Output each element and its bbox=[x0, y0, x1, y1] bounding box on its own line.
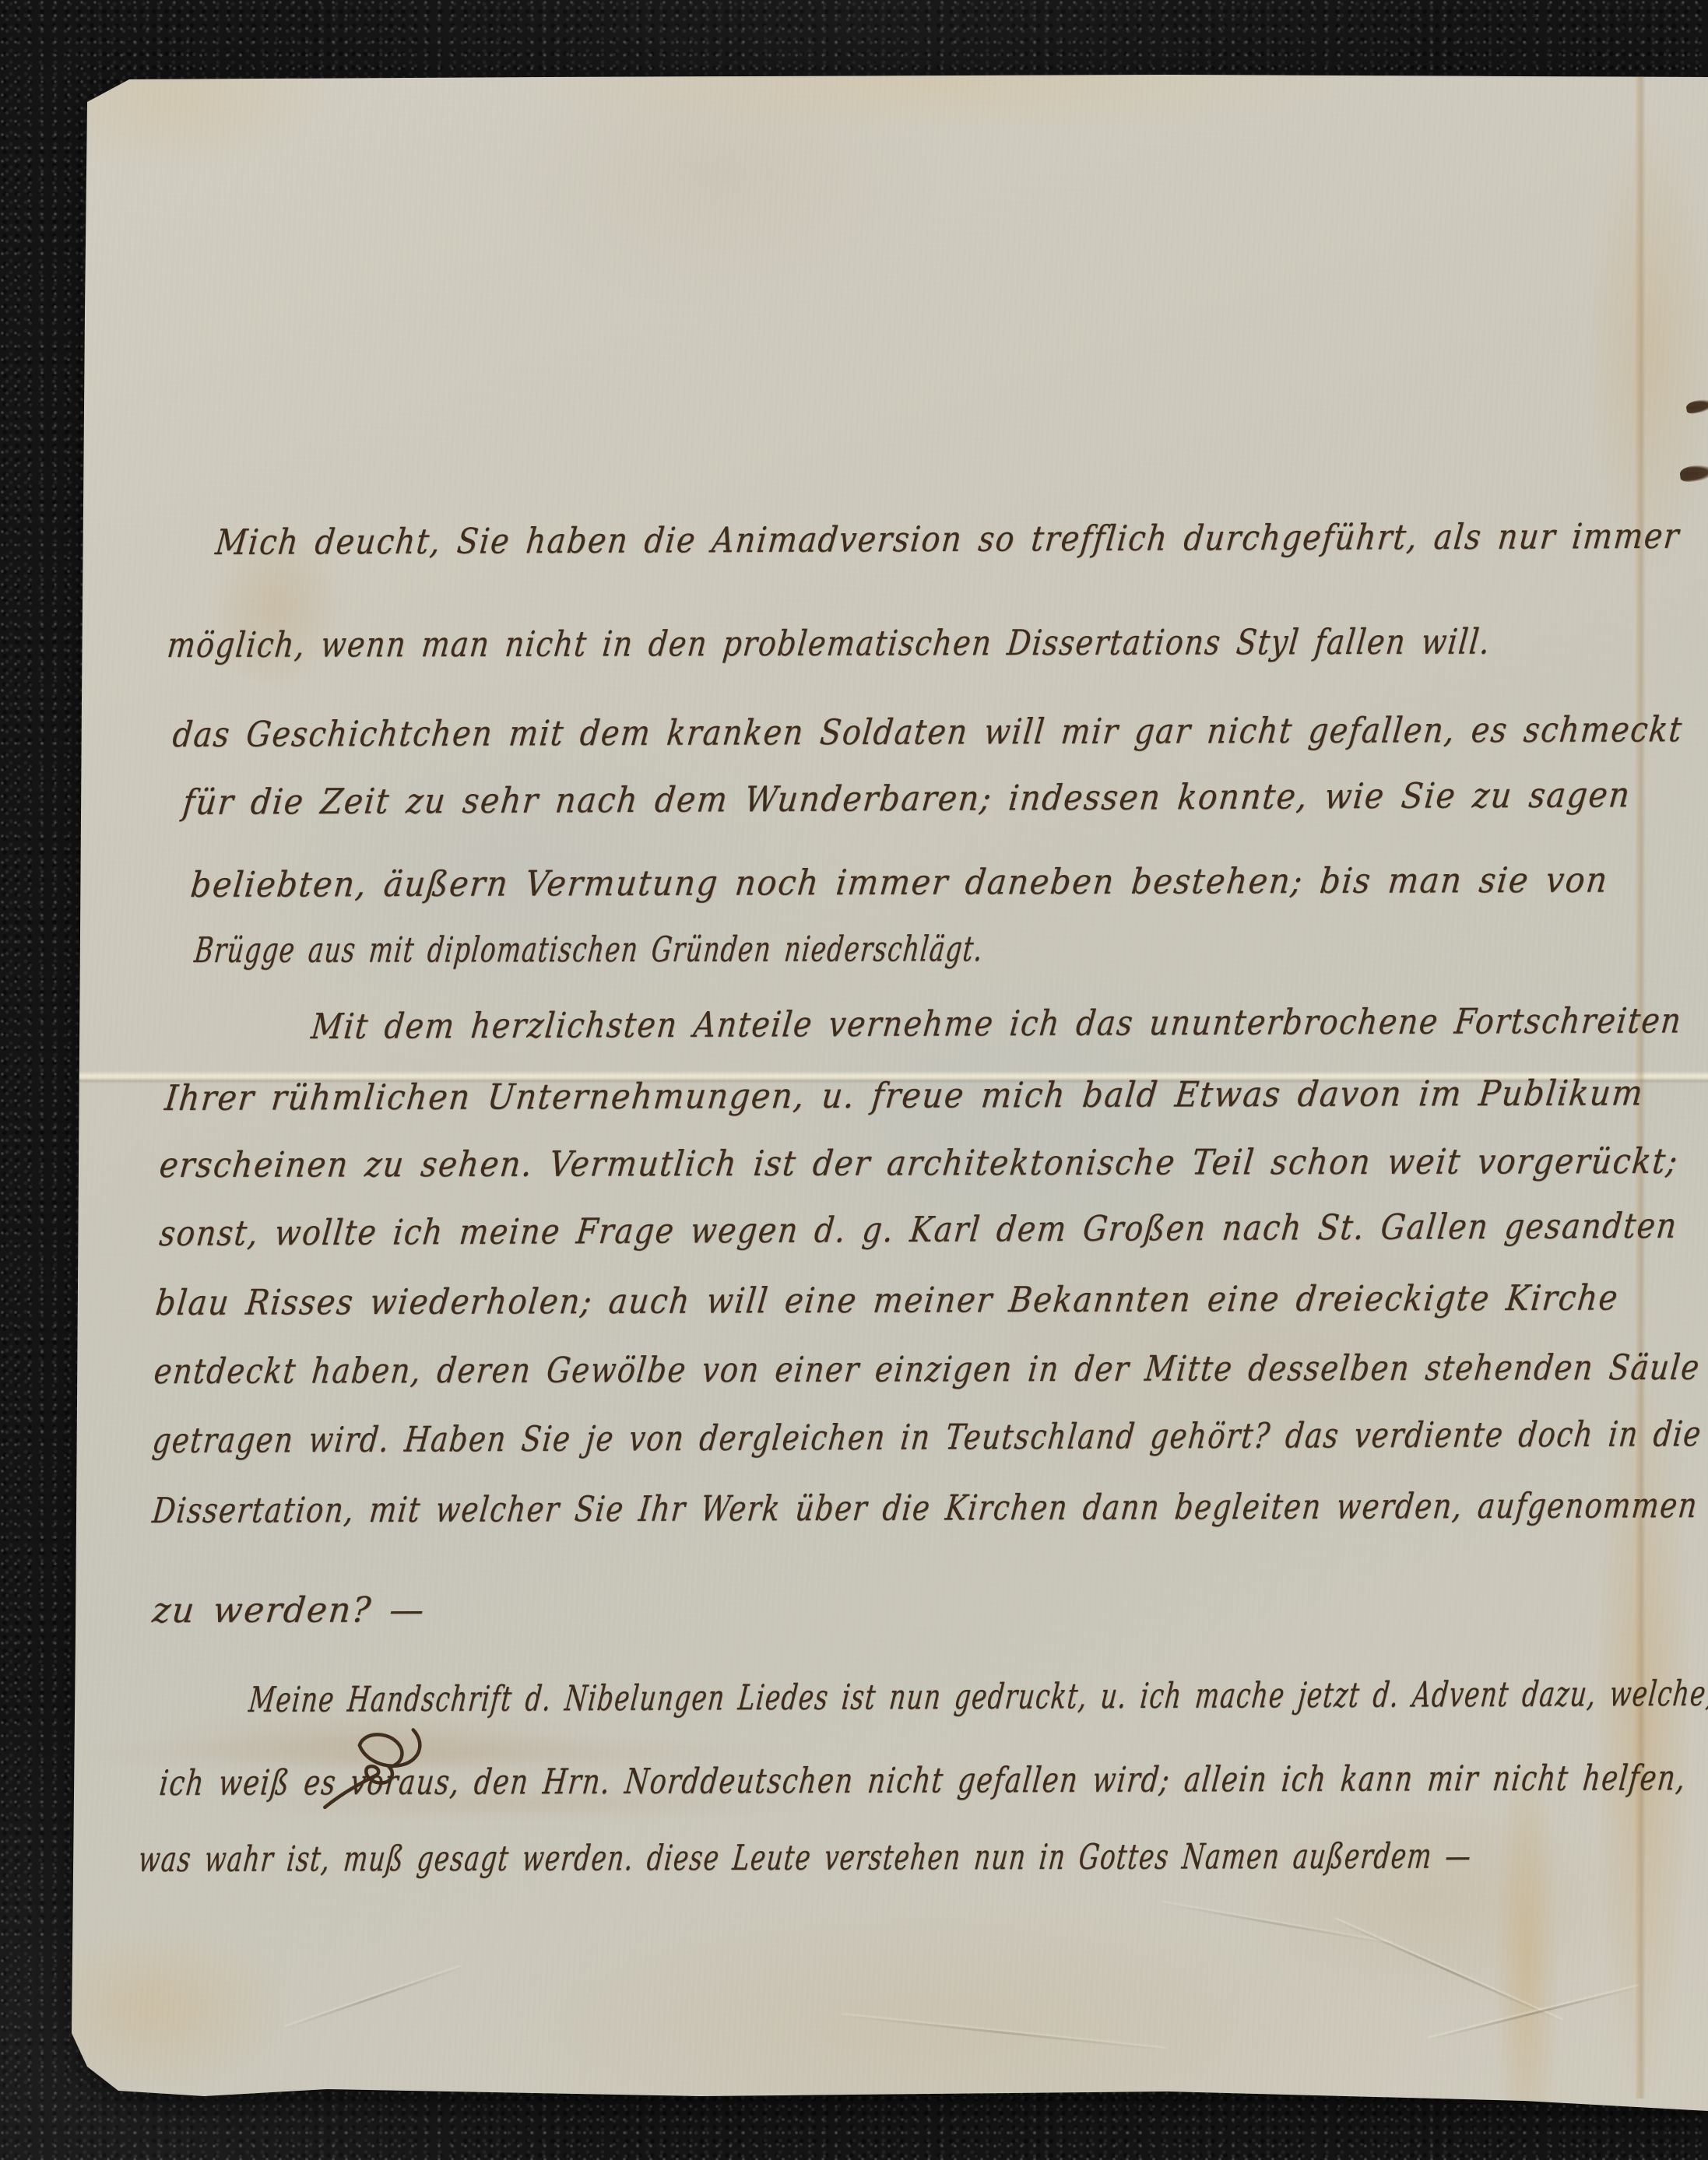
manuscript-line: Mit dem herzlichsten Anteile vernehme ic… bbox=[309, 998, 1684, 1049]
paper-wrinkle bbox=[1334, 1919, 1562, 2022]
adjacent-page-ink-mark bbox=[1679, 464, 1708, 483]
manuscript-line: Dissertation, mit welcher Sie Ihr Werk ü… bbox=[150, 1483, 1700, 1533]
paper-wrinkle bbox=[1162, 1902, 1392, 1945]
manuscript-line: ich weiß es voraus, den Hrn. Norddeutsch… bbox=[157, 1755, 1689, 1806]
manuscript-line: für die Zeit zu sehr nach dem Wunderbare… bbox=[181, 772, 1632, 825]
manuscript-line: beliebten, äußern Vermutung noch immer d… bbox=[188, 858, 1611, 908]
manuscript-line: entdeckt haben, deren Gewölbe von einer … bbox=[152, 1345, 1703, 1394]
letter-page: Mich deucht, Sie haben die Animadversion… bbox=[0, 0, 1708, 2160]
manuscript-line: erscheinen zu sehen. Vermutlich ist der … bbox=[157, 1139, 1681, 1188]
paper-wrinkle bbox=[1428, 1986, 1639, 2041]
manuscript-line: Brügge aus mit diplomatischen Gründen ni… bbox=[192, 926, 986, 973]
manuscript-line: Meine Handschrift d. Nibelungen Liedes i… bbox=[247, 1671, 1708, 1723]
manuscript-line: das Geschichtchen mit dem kranken Soldat… bbox=[170, 707, 1685, 757]
manuscript-line: getragen wird. Haben Sie je von dergleic… bbox=[150, 1411, 1704, 1463]
manuscript-line: Ihrer rühmlichen Unternehmungen, u. freu… bbox=[163, 1070, 1646, 1121]
manuscript-line: möglich, wenn man nicht in den problemat… bbox=[165, 620, 1493, 668]
paper-wrinkle bbox=[285, 1966, 462, 2029]
adjacent-page-ink-mark bbox=[1685, 398, 1708, 415]
manuscript-line: zu werden? — bbox=[150, 1587, 427, 1633]
manuscript-line: was wahr ist, muß gesagt werden. diese L… bbox=[136, 1834, 1474, 1882]
manuscript-line: sonst, wollte ich meine Frage wegen d. g… bbox=[157, 1203, 1680, 1256]
paper-wrinkle bbox=[842, 2014, 1167, 2051]
letter-page-wrap: Mich deucht, Sie haben die Animadversion… bbox=[0, 0, 1708, 2160]
manuscript-line: blau Risses wiederholen; auch will eine … bbox=[153, 1275, 1621, 1326]
photo-backdrop: Mich deucht, Sie haben die Animadversion… bbox=[0, 0, 1708, 2160]
manuscript-line: Mich deucht, Sie haben die Animadversion… bbox=[213, 514, 1682, 565]
